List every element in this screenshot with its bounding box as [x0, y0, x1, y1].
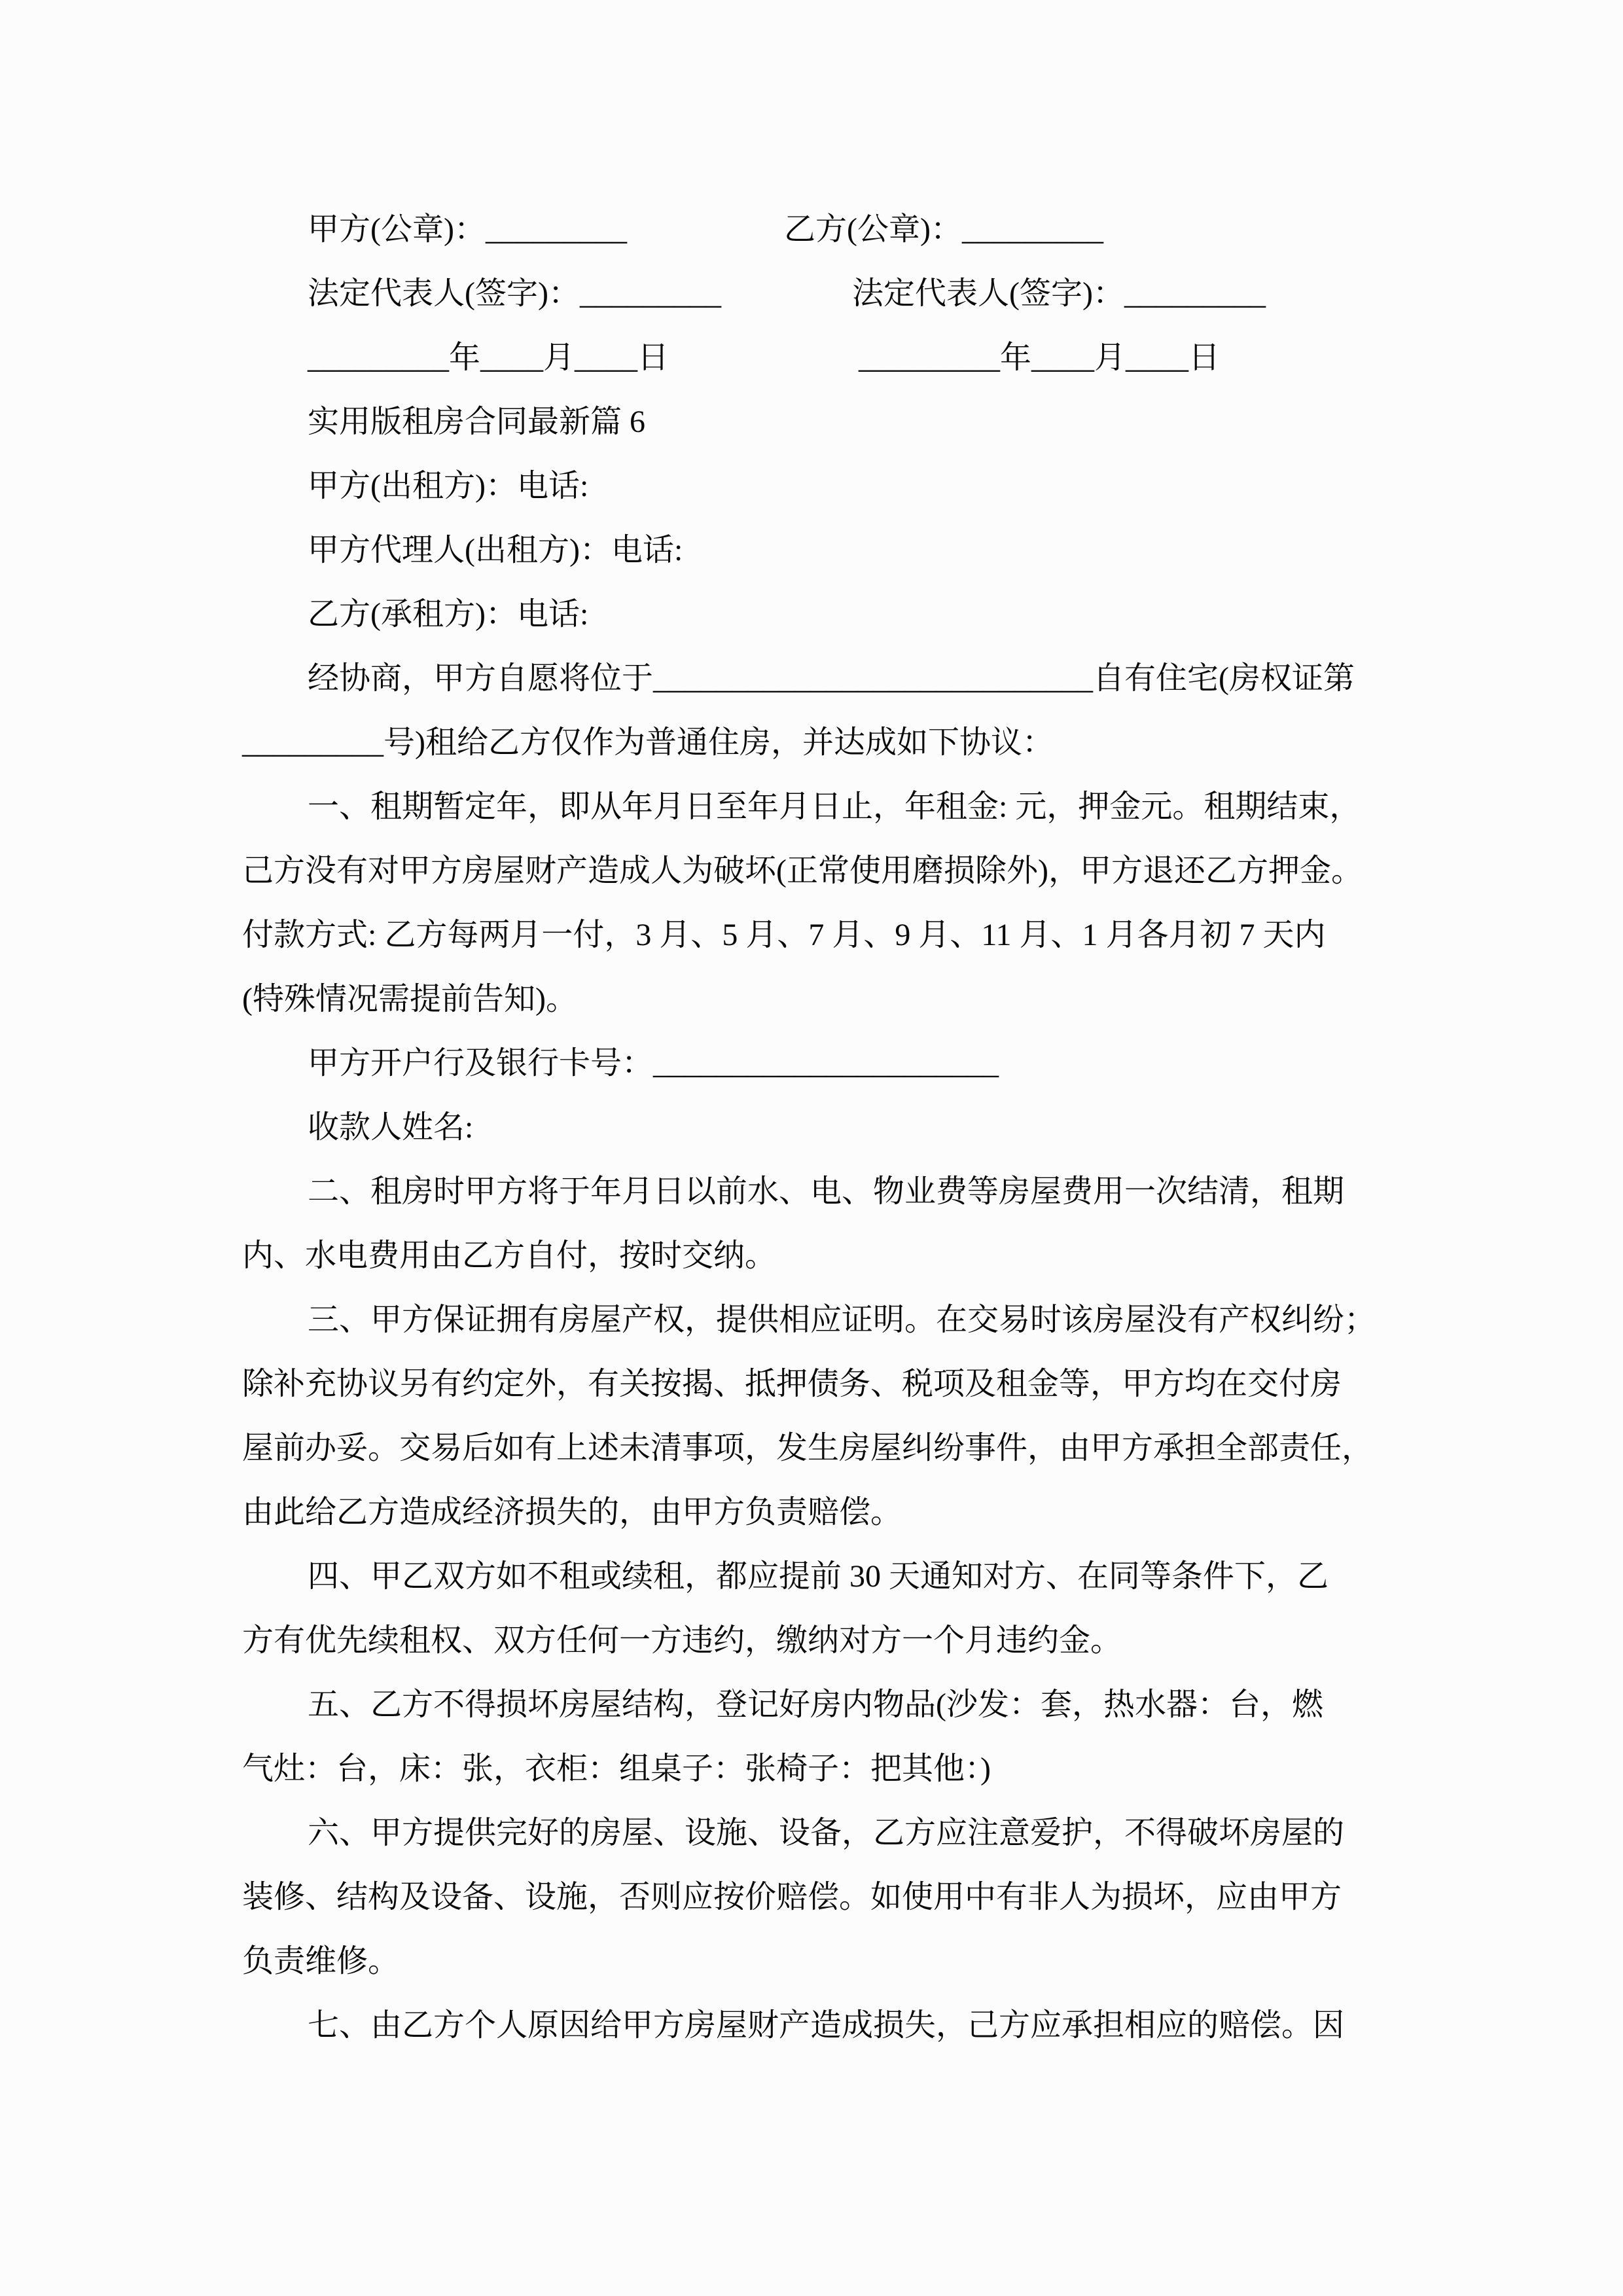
clause-4-line-2: 方有优先续租权、双方任何一方违约，缴纳对方一个月违约金。: [242, 1609, 1414, 1673]
clause-1-line-2: 己方没有对甲方房屋财产造成人为破坏(正常使用磨损除外)，甲方退还乙方押金。: [242, 839, 1414, 903]
signature-row-dates: _________年____月____日_________年____月____日: [242, 326, 1414, 390]
clause-2-line-1: 二、租房时甲方将于年月日以前水、电、物业费等房屋费用一次结清，租期: [242, 1160, 1414, 1224]
clause-3-line-1: 三、甲方保证拥有房屋产权，提供相应证明。在交易时该房屋没有产权纠纷；: [242, 1288, 1414, 1352]
contract-document-page: 甲方(公章)：_________乙方(公章)：_________ 法定代表人(签…: [0, 0, 1623, 2296]
signature-row-representatives: 法定代表人(签字)：_________法定代表人(签字)：_________: [242, 262, 1414, 326]
party-b-representative-field: 法定代表人(签字)：_________: [852, 276, 1266, 311]
column-gap: [669, 367, 859, 368]
contract-subtitle: 实用版租房合同最新篇 6: [242, 390, 1414, 454]
clause-5-line-1: 五、乙方不得损坏房屋结构，登记好房内物品(沙发：套，热水器：台，燃: [242, 1673, 1414, 1737]
clause-1-line-1: 一、租期暂定年，即从年月日至年月日止，年租金: 元，押金元。租期结束，: [242, 775, 1414, 839]
party-a-date-field: _________年____月____日: [308, 340, 669, 375]
clause-4-line-1: 四、甲乙双方如不租或续租，都应提前 30 天通知对方、在同等条件下，乙: [242, 1545, 1414, 1609]
party-b-seal-field: 乙方(公章)：_________: [784, 212, 1103, 247]
clause-6-line-3: 负责维修。: [242, 1929, 1414, 1994]
party-b-info-line: 乙方(承租方)：电话:: [242, 583, 1414, 647]
party-a-seal-field: 甲方(公章)：_________: [308, 212, 627, 247]
column-gap: [627, 239, 784, 240]
bank-account-line: 甲方开户行及银行卡号：______________________: [242, 1031, 1414, 1096]
clause-6-line-1: 六、甲方提供完好的房屋、设施、设备，乙方应注意爱护，不得破坏房屋的: [242, 1801, 1414, 1865]
payee-name-line: 收款人姓名:: [242, 1096, 1414, 1160]
document-content: 甲方(公章)：_________乙方(公章)：_________ 法定代表人(签…: [242, 198, 1414, 2058]
clause-3-line-4: 由此给乙方造成经济损失的，由甲方负责赔偿。: [242, 1480, 1414, 1545]
column-gap: [721, 303, 852, 304]
clause-1-line-4: (特殊情况需提前告知)。: [242, 967, 1414, 1031]
party-b-date-field: _________年____月____日: [859, 340, 1220, 375]
premises-intro-line-2: _________号)租给乙方仅作为普通住房，并达成如下协议：: [242, 711, 1414, 775]
clause-5-line-2: 气灶：台，床：张，衣柜：组桌子：张椅子：把其他：): [242, 1737, 1414, 1801]
clause-7-line-1: 七、由乙方个人原因给甲方房屋财产造成损失，己方应承担相应的赔偿。因: [242, 1994, 1414, 2058]
premises-intro-line-1: 经协商，甲方自愿将位于____________________________自…: [242, 647, 1414, 711]
clause-3-line-2: 除补充协议另有约定外，有关按揭、抵押债务、税项及租金等，甲方均在交付房: [242, 1352, 1414, 1416]
signature-row-seals: 甲方(公章)：_________乙方(公章)：_________: [242, 198, 1414, 262]
clause-6-line-2: 装修、结构及设备、设施，否则应按价赔偿。如使用中有非人为损坏，应由甲方: [242, 1865, 1414, 1929]
party-a-info-line: 甲方(出租方)：电话:: [242, 454, 1414, 518]
clause-2-line-2: 内、水电费用由乙方自付，按时交纳。: [242, 1224, 1414, 1288]
clause-1-line-3: 付款方式: 乙方每两月一付，3 月、5 月、7 月、9 月、11 月、1 月各月…: [242, 903, 1414, 967]
party-a-agent-info-line: 甲方代理人(出租方)：电话:: [242, 518, 1414, 583]
party-a-representative-field: 法定代表人(签字)：_________: [308, 276, 721, 311]
clause-3-line-3: 屋前办妥。交易后如有上述未清事项，发生房屋纠纷事件，由甲方承担全部责任，: [242, 1416, 1414, 1480]
